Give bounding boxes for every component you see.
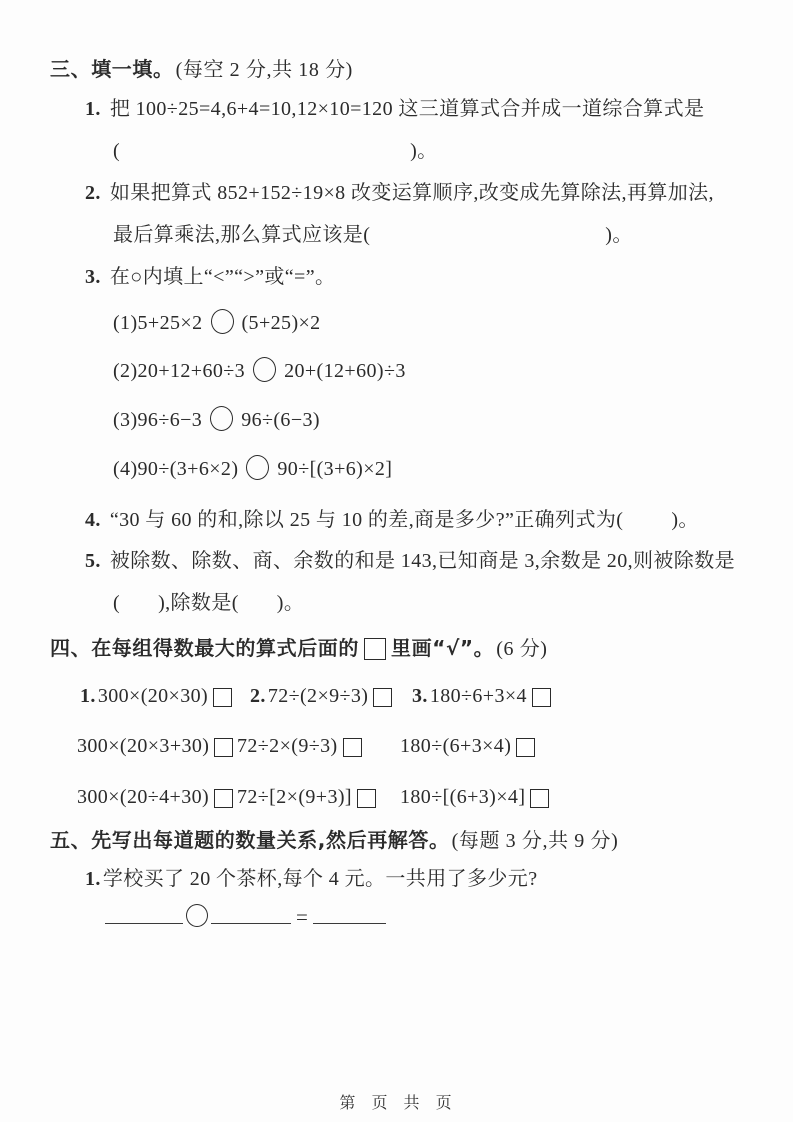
- equals-sign: =: [296, 905, 308, 929]
- q5-text-line1: 被除数、除数、商、余数的和是 143,已知商是 3,余数是 20,则被除数是: [110, 550, 735, 572]
- check-answer-box[interactable]: [213, 688, 232, 707]
- q3-sub4-comparison-circle[interactable]: [246, 455, 269, 480]
- q4-cell-r2c2: 72÷2×(9÷3): [237, 733, 362, 759]
- section-five-heading: 五、先写出每道题的数量关系,然后再解答。(每题 3 分,共 9 分): [50, 827, 618, 854]
- q5-middle-text: ),除数是(: [158, 592, 239, 614]
- q1-line1: 1.把 100÷25=4,6+4=10,12×10=120 这三道算式合并成一道…: [85, 96, 704, 122]
- section-four-title-suffix: 里画“√”。: [391, 636, 494, 660]
- q4-cell-r1c2: 2.72÷(2×9÷3): [250, 683, 392, 709]
- q3-sub1-left-expression: 5+25×2: [138, 312, 203, 334]
- q2-line1: 2.如果把算式 852+152÷19×8 改变运算顺序,改变成先算除法,再算加法…: [85, 180, 714, 206]
- q2-line2: 最后算乘法,那么算式应该是()。: [113, 222, 633, 248]
- q5-paren-open1: (: [113, 592, 120, 614]
- q3-subitem-1: (1)5+25×2(5+25)×2: [113, 309, 321, 336]
- q4-cell-r3c3: 180÷[(6+3)×4]: [400, 784, 549, 810]
- q4-cell-r3c1: 300×(20÷4+30): [77, 784, 233, 810]
- q4-blank-space[interactable]: [623, 524, 671, 526]
- q3-sub1-comparison-circle[interactable]: [211, 309, 234, 334]
- page-footer: 第 页 共 页: [0, 1090, 793, 1113]
- q3-sub2-comparison-circle[interactable]: [253, 357, 276, 382]
- section-five-score-note: (每题 3 分,共 9 分): [452, 830, 619, 852]
- q3-sub3-right-expression: 96÷(6−3): [241, 409, 320, 431]
- check-answer-box[interactable]: [516, 738, 535, 757]
- cell-expression: 180÷(6+3×4): [400, 735, 511, 757]
- q5-paren-close2: )。: [277, 592, 304, 614]
- section-three-heading: 三、填一填。(每空 2 分,共 18 分): [50, 56, 353, 83]
- section-three-title: 三、填一填。: [50, 57, 174, 81]
- q4-number: 4.: [85, 509, 101, 531]
- cell-expression: 180÷[(6+3)×4]: [400, 786, 525, 808]
- q5-1-answer-template: =: [105, 903, 386, 931]
- q5-1-text: 学校买了 20 个茶杯,每个 4 元。一共用了多少元?: [103, 868, 538, 890]
- check-answer-box[interactable]: [373, 688, 392, 707]
- q3-subitem-3: (3)96÷6−396÷(6−3): [113, 406, 320, 433]
- example-check-box: [364, 638, 386, 660]
- cell-expression: 72÷[2×(9+3)]: [237, 786, 352, 808]
- cell-number: 2.: [250, 685, 266, 707]
- q3-sub2-label: (2): [113, 360, 138, 382]
- q2-paren-close: )。: [605, 224, 632, 246]
- q3-sub1-right-expression: (5+25)×2: [242, 312, 321, 334]
- q1-blank-space[interactable]: [120, 155, 410, 157]
- cell-expression: 72÷2×(9÷3): [237, 735, 338, 757]
- q3-sub3-left-expression: 96÷6−3: [138, 409, 203, 431]
- q5-1-problem: 1.学校买了 20 个茶杯,每个 4 元。一共用了多少元?: [85, 866, 538, 892]
- check-answer-box[interactable]: [532, 688, 551, 707]
- q5-number: 5.: [85, 550, 101, 572]
- check-answer-box[interactable]: [214, 789, 233, 808]
- q3-number: 3.: [85, 266, 101, 288]
- q5-blank-space1[interactable]: [120, 607, 158, 609]
- section-three-score-note: (每空 2 分,共 18 分): [176, 59, 353, 81]
- q1-paren-close: )。: [410, 140, 437, 162]
- q4-cell-r1c3: 3.180÷6+3×4: [412, 683, 551, 709]
- q3-sub3-comparison-circle[interactable]: [210, 406, 233, 431]
- q5-line1: 5.被除数、除数、商、余数的和是 143,已知商是 3,余数是 20,则被除数是: [85, 548, 735, 574]
- q3-subitem-2: (2)20+12+60÷320+(12+60)÷3: [113, 357, 406, 384]
- answer-blank-first[interactable]: [105, 903, 183, 924]
- q2-text-line2: 最后算乘法,那么算式应该是(: [113, 224, 370, 246]
- cell-number: 3.: [412, 685, 428, 707]
- q5-blank-space2[interactable]: [239, 607, 277, 609]
- cell-expression: 72÷(2×9÷3): [268, 685, 369, 707]
- worksheet-page: 三、填一填。(每空 2 分,共 18 分) 1.把 100÷25=4,6+4=1…: [0, 0, 793, 1122]
- q4-paren-close: )。: [671, 509, 698, 531]
- operator-circle[interactable]: [186, 904, 208, 927]
- q3-subitem-4: (4)90÷(3+6×2)90÷[(3+6)×2]: [113, 455, 392, 482]
- q5-1-number: 1.: [85, 868, 101, 890]
- cell-number: 1.: [80, 685, 96, 707]
- check-answer-box[interactable]: [214, 738, 233, 757]
- section-four-title-prefix: 四、在每组得数最大的算式后面的: [50, 636, 359, 660]
- check-answer-box[interactable]: [530, 789, 549, 808]
- q3-text: 在○内填上“<”“>”或“=”。: [110, 266, 336, 288]
- answer-blank-result[interactable]: [313, 903, 386, 924]
- q4-cell-r2c1: 300×(20×3+30): [77, 733, 233, 759]
- q3-sub4-left-expression: 90÷(3+6×2): [138, 458, 239, 480]
- q3-sub2-left-expression: 20+12+60÷3: [138, 360, 246, 382]
- q1-answer-blank: ()。: [113, 138, 438, 164]
- q5-line2: (),除数是()。: [113, 590, 304, 616]
- section-five-title: 五、先写出每道题的数量关系,然后再解答。: [50, 828, 450, 852]
- cell-expression: 300×(20÷4+30): [77, 786, 209, 808]
- cell-expression: 300×(20×30): [98, 685, 208, 707]
- q2-blank-space[interactable]: [370, 239, 605, 241]
- q4-cell-r3c2: 72÷[2×(9+3)]: [237, 784, 376, 810]
- q1-number: 1.: [85, 98, 101, 120]
- cell-expression: 300×(20×3+30): [77, 735, 209, 757]
- q4-cell-r1c1: 1.300×(20×30): [80, 683, 232, 709]
- check-answer-box[interactable]: [343, 738, 362, 757]
- q4-text: “30 与 60 的和,除以 25 与 10 的差,商是多少?”正确列式为(: [110, 509, 624, 531]
- q4-cell-r2c3: 180÷(6+3×4): [400, 733, 535, 759]
- q3-instruction: 3.在○内填上“<”“>”或“=”。: [85, 264, 335, 290]
- answer-blank-second[interactable]: [211, 903, 291, 924]
- q2-text-line1: 如果把算式 852+152÷19×8 改变运算顺序,改变成先算除法,再算加法,: [110, 182, 714, 204]
- q3-sub3-label: (3): [113, 409, 138, 431]
- q1-paren-open: (: [113, 140, 120, 162]
- section-four-heading: 四、在每组得数最大的算式后面的里画“√”。(6 分): [50, 635, 548, 662]
- q4-line: 4.“30 与 60 的和,除以 25 与 10 的差,商是多少?”正确列式为(…: [85, 507, 699, 533]
- q3-sub1-label: (1): [113, 312, 138, 334]
- q3-sub4-right-expression: 90÷[(3+6)×2]: [277, 458, 392, 480]
- q3-sub4-label: (4): [113, 458, 138, 480]
- q2-number: 2.: [85, 182, 101, 204]
- section-four-score-note: (6 分): [496, 638, 547, 660]
- cell-expression: 180÷6+3×4: [430, 685, 527, 707]
- q1-text: 把 100÷25=4,6+4=10,12×10=120 这三道算式合并成一道综合…: [110, 98, 705, 120]
- q3-sub2-right-expression: 20+(12+60)÷3: [284, 360, 406, 382]
- check-answer-box[interactable]: [357, 789, 376, 808]
